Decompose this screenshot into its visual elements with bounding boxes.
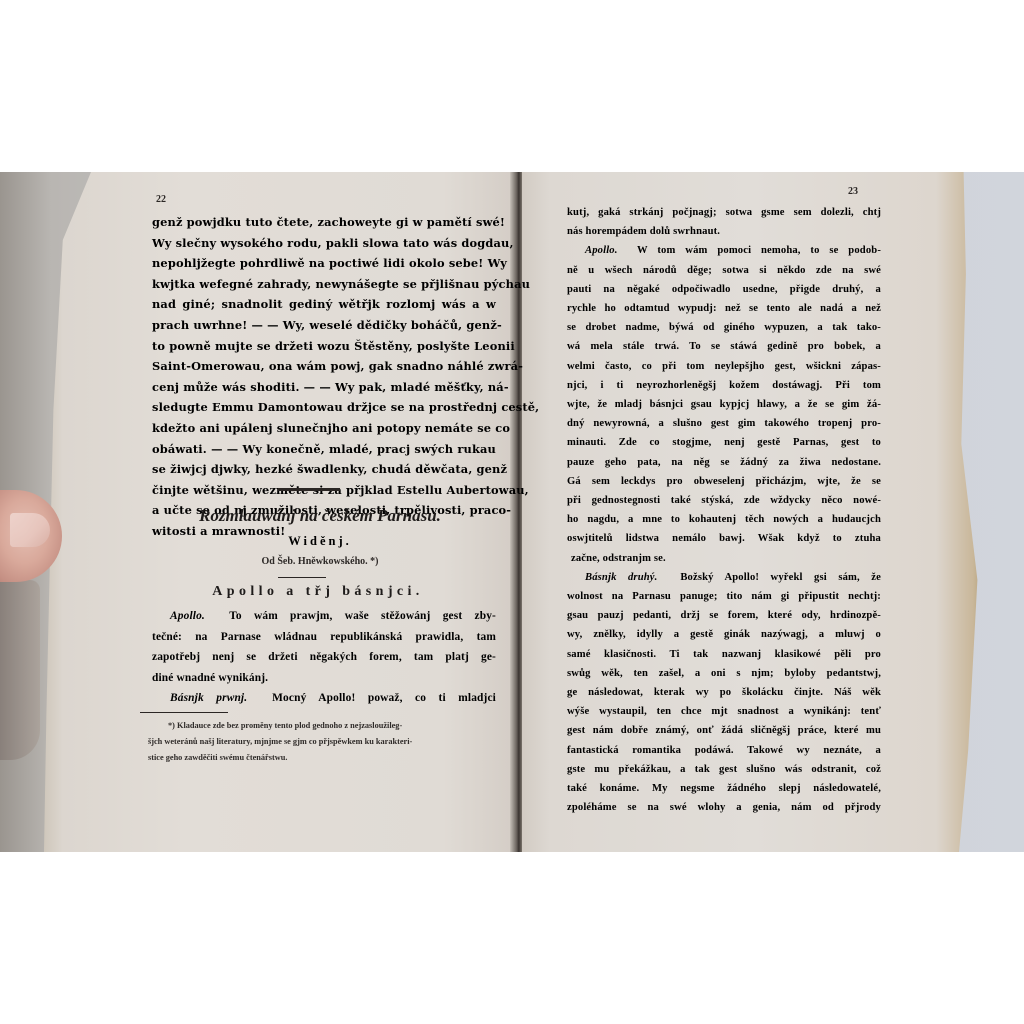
dialogue-text: To wám prawjm, waše stěžowánj gest zby-: [229, 610, 496, 622]
left-paragraph: genž powjdku tuto čtete, zachoweyte gi w…: [152, 212, 496, 542]
letterbox-bottom: [0, 852, 1024, 1024]
text-line: obáwati. — — Wy konečně, mladé, pracj sw…: [152, 439, 496, 460]
text-line: welmi často, co při tom neylepšjho gest,…: [567, 357, 881, 376]
article-place: Widěnj.: [140, 534, 500, 549]
text-line: nás horempádem dolů swrhnaut.: [567, 222, 881, 241]
text-line: ge následowat, kterak wy po školácku čin…: [567, 683, 881, 702]
text-line: fantastická romantika podáwá. Takowé wy …: [567, 741, 881, 760]
text-line: rychle ho odtamtud wypudj: než se tento …: [567, 299, 881, 318]
text-line: kwjtka wefegné zahrady, newynášegte se p…: [152, 274, 496, 295]
thumb-nail: [10, 513, 50, 547]
text-line: minauti. Zde co stogjme, nenj gestě Parn…: [567, 433, 881, 452]
text-line: nepohljžegte pohrdliwě na poctiwé lidi o…: [152, 253, 496, 274]
dialogue-line: diné wnadné wynikánj.: [152, 668, 496, 689]
text-line: Básnjk druhý. Božský Apollo! wyřekl gsi …: [567, 568, 881, 587]
text-line: swůg wěk, ten zašel, a oni s njm; byloby…: [567, 664, 881, 683]
text-line: gsau pauzj pedanti, držj se forem, které…: [567, 606, 881, 625]
text-line: Apollo. W tom wám pomoci nemoha, to se p…: [567, 241, 881, 260]
left-dialogue: Apollo. To wám prawjm, waše stěžowánj ge…: [152, 606, 496, 709]
speaker-name: Apollo.: [585, 245, 618, 256]
text-line: Saint-Omerowau, ona wám powj, gak snadno…: [152, 356, 496, 377]
text-line: začne, odstranjm se.: [567, 549, 881, 568]
text-line: ho nagdu, a mne to kohautenj těch nowých…: [567, 510, 881, 529]
text-line: nad giné; snadnolit gediný wětřjk rozlom…: [152, 294, 496, 315]
speaker-name: Básnjk prwnj.: [170, 692, 247, 704]
text-line: se drobet nadme, býwá od giného wypuzen,…: [567, 318, 881, 337]
footnote-line: *) Kladauce zde bez proměny tento plod g…: [148, 718, 488, 734]
text-line: se žiwjcj djwky, hezké šwadlenky, chudá …: [152, 459, 496, 480]
footnote-rule: [140, 712, 228, 713]
text-line: wjte, že mladj básnjci gsau kypjcj hlawy…: [567, 395, 881, 414]
article-byline: Od Šeb. Hněwkowského. *): [140, 556, 500, 567]
text-line: ně u wšech národů děge; sotwa si někdo z…: [567, 261, 881, 280]
text-line: při gednostegnosti také stýská, zde wždy…: [567, 491, 881, 510]
text-line: dný newyrowná, a slušno gest gim takowéh…: [567, 414, 881, 433]
ornament-rule: [278, 488, 340, 491]
text-line: gste mu překážkau, a tak gest slušno wás…: [567, 760, 881, 779]
dialogue-text: W tom wám pomoci nemoha, to se podob-: [637, 245, 881, 256]
text-line: sledugte Emmu Damontowau držjce se na pr…: [152, 397, 496, 418]
text-line: wolnost na Parnasu panuge; tito nám gi p…: [567, 587, 881, 606]
dialogue-line: zapotřebj nenj se držeti něgakých forem,…: [152, 647, 496, 668]
text-line: také konáme. My negsme žádného slepj nás…: [567, 779, 881, 798]
section-heading: Apollo a třj básnjci.: [138, 584, 498, 600]
text-line: wá mela stále trwá. To se stáwá gedině p…: [567, 337, 881, 356]
dialogue-line: Básnjk prwnj. Mocný Apollo! powaž, co ti…: [152, 688, 496, 709]
dialogue-line: tečné: na Parnase wládnau republikánská …: [152, 627, 496, 648]
letterbox-top: [0, 0, 1024, 172]
text-line: zpoléháme se na swé wlohy a genia, nám o…: [567, 798, 881, 817]
dialogue-text: Mocný Apollo! powaž, co ti mladjci: [272, 692, 496, 704]
text-line: Gá sem leckdys pro obweselenj přicházjm,…: [567, 472, 881, 491]
text-line: gest nám dobře známý, onť žádá sličněgšj…: [567, 721, 881, 740]
speaker-name: Básnjk druhý.: [585, 572, 657, 583]
footnote: *) Kladauce zde bez proměny tento plod g…: [148, 718, 488, 766]
dialogue-line: Apollo. To wám prawjm, waše stěžowánj ge…: [152, 606, 496, 627]
text-line: wy, znělky, idylly a gestě ginák nazýwag…: [567, 625, 881, 644]
article-title: Rozmlauwánj na českém Parnasu.: [140, 506, 500, 526]
text-line: wýše wystaupil, ten chce mjt snadnost a …: [567, 702, 881, 721]
text-line: kdežto ani upálenj slunečnjho ani potopy…: [152, 418, 496, 439]
text-line: cenj může wás shoditi. — — Wy pak, mladé…: [152, 377, 496, 398]
text-line: pauti na něgaké odpočiwadlo usedne, přig…: [567, 280, 881, 299]
speaker-name: Apollo.: [170, 610, 205, 622]
text-line: to powně mujte se držeti wozu Štěstěny, …: [152, 336, 496, 357]
text-line: oswjtitelů lidstwa nemálo bawj. Wšak kdy…: [567, 529, 881, 548]
text-line: kutj, gaká strkánj počjnagj; sotwa gsme …: [567, 203, 881, 222]
right-text: kutj, gaká strkánj počjnagj; sotwa gsme …: [567, 203, 881, 818]
short-rule: [278, 577, 326, 578]
text-line: pauze geho pata, na něg se žádný za žiwa…: [567, 453, 881, 472]
text-line: samé klasičnosti. Ti tak nazwanj klasiko…: [567, 645, 881, 664]
dialogue-text: Božský Apollo! wyřekl gsi sám, že: [680, 572, 881, 583]
right-page-number: 23: [848, 186, 858, 197]
text-line: njci, i ti neyrozhorleněgšj kožem dostáw…: [567, 376, 881, 395]
left-page-number: 22: [156, 194, 166, 205]
text-line: prach uwrhne! — — Wy, weselé dědičky boh…: [152, 315, 496, 336]
text-line: Wy slečny wysokého rodu, pakli slowa tat…: [152, 233, 496, 254]
text-line: genž powjdku tuto čtete, zachoweyte gi w…: [152, 212, 496, 233]
footnote-line: šjch weteránů našj literatury, mjnjme se…: [148, 734, 488, 750]
footnote-line: stice geho zawděčiti swému čtenářstwu.: [148, 750, 488, 766]
hand-shadow: [0, 580, 40, 760]
